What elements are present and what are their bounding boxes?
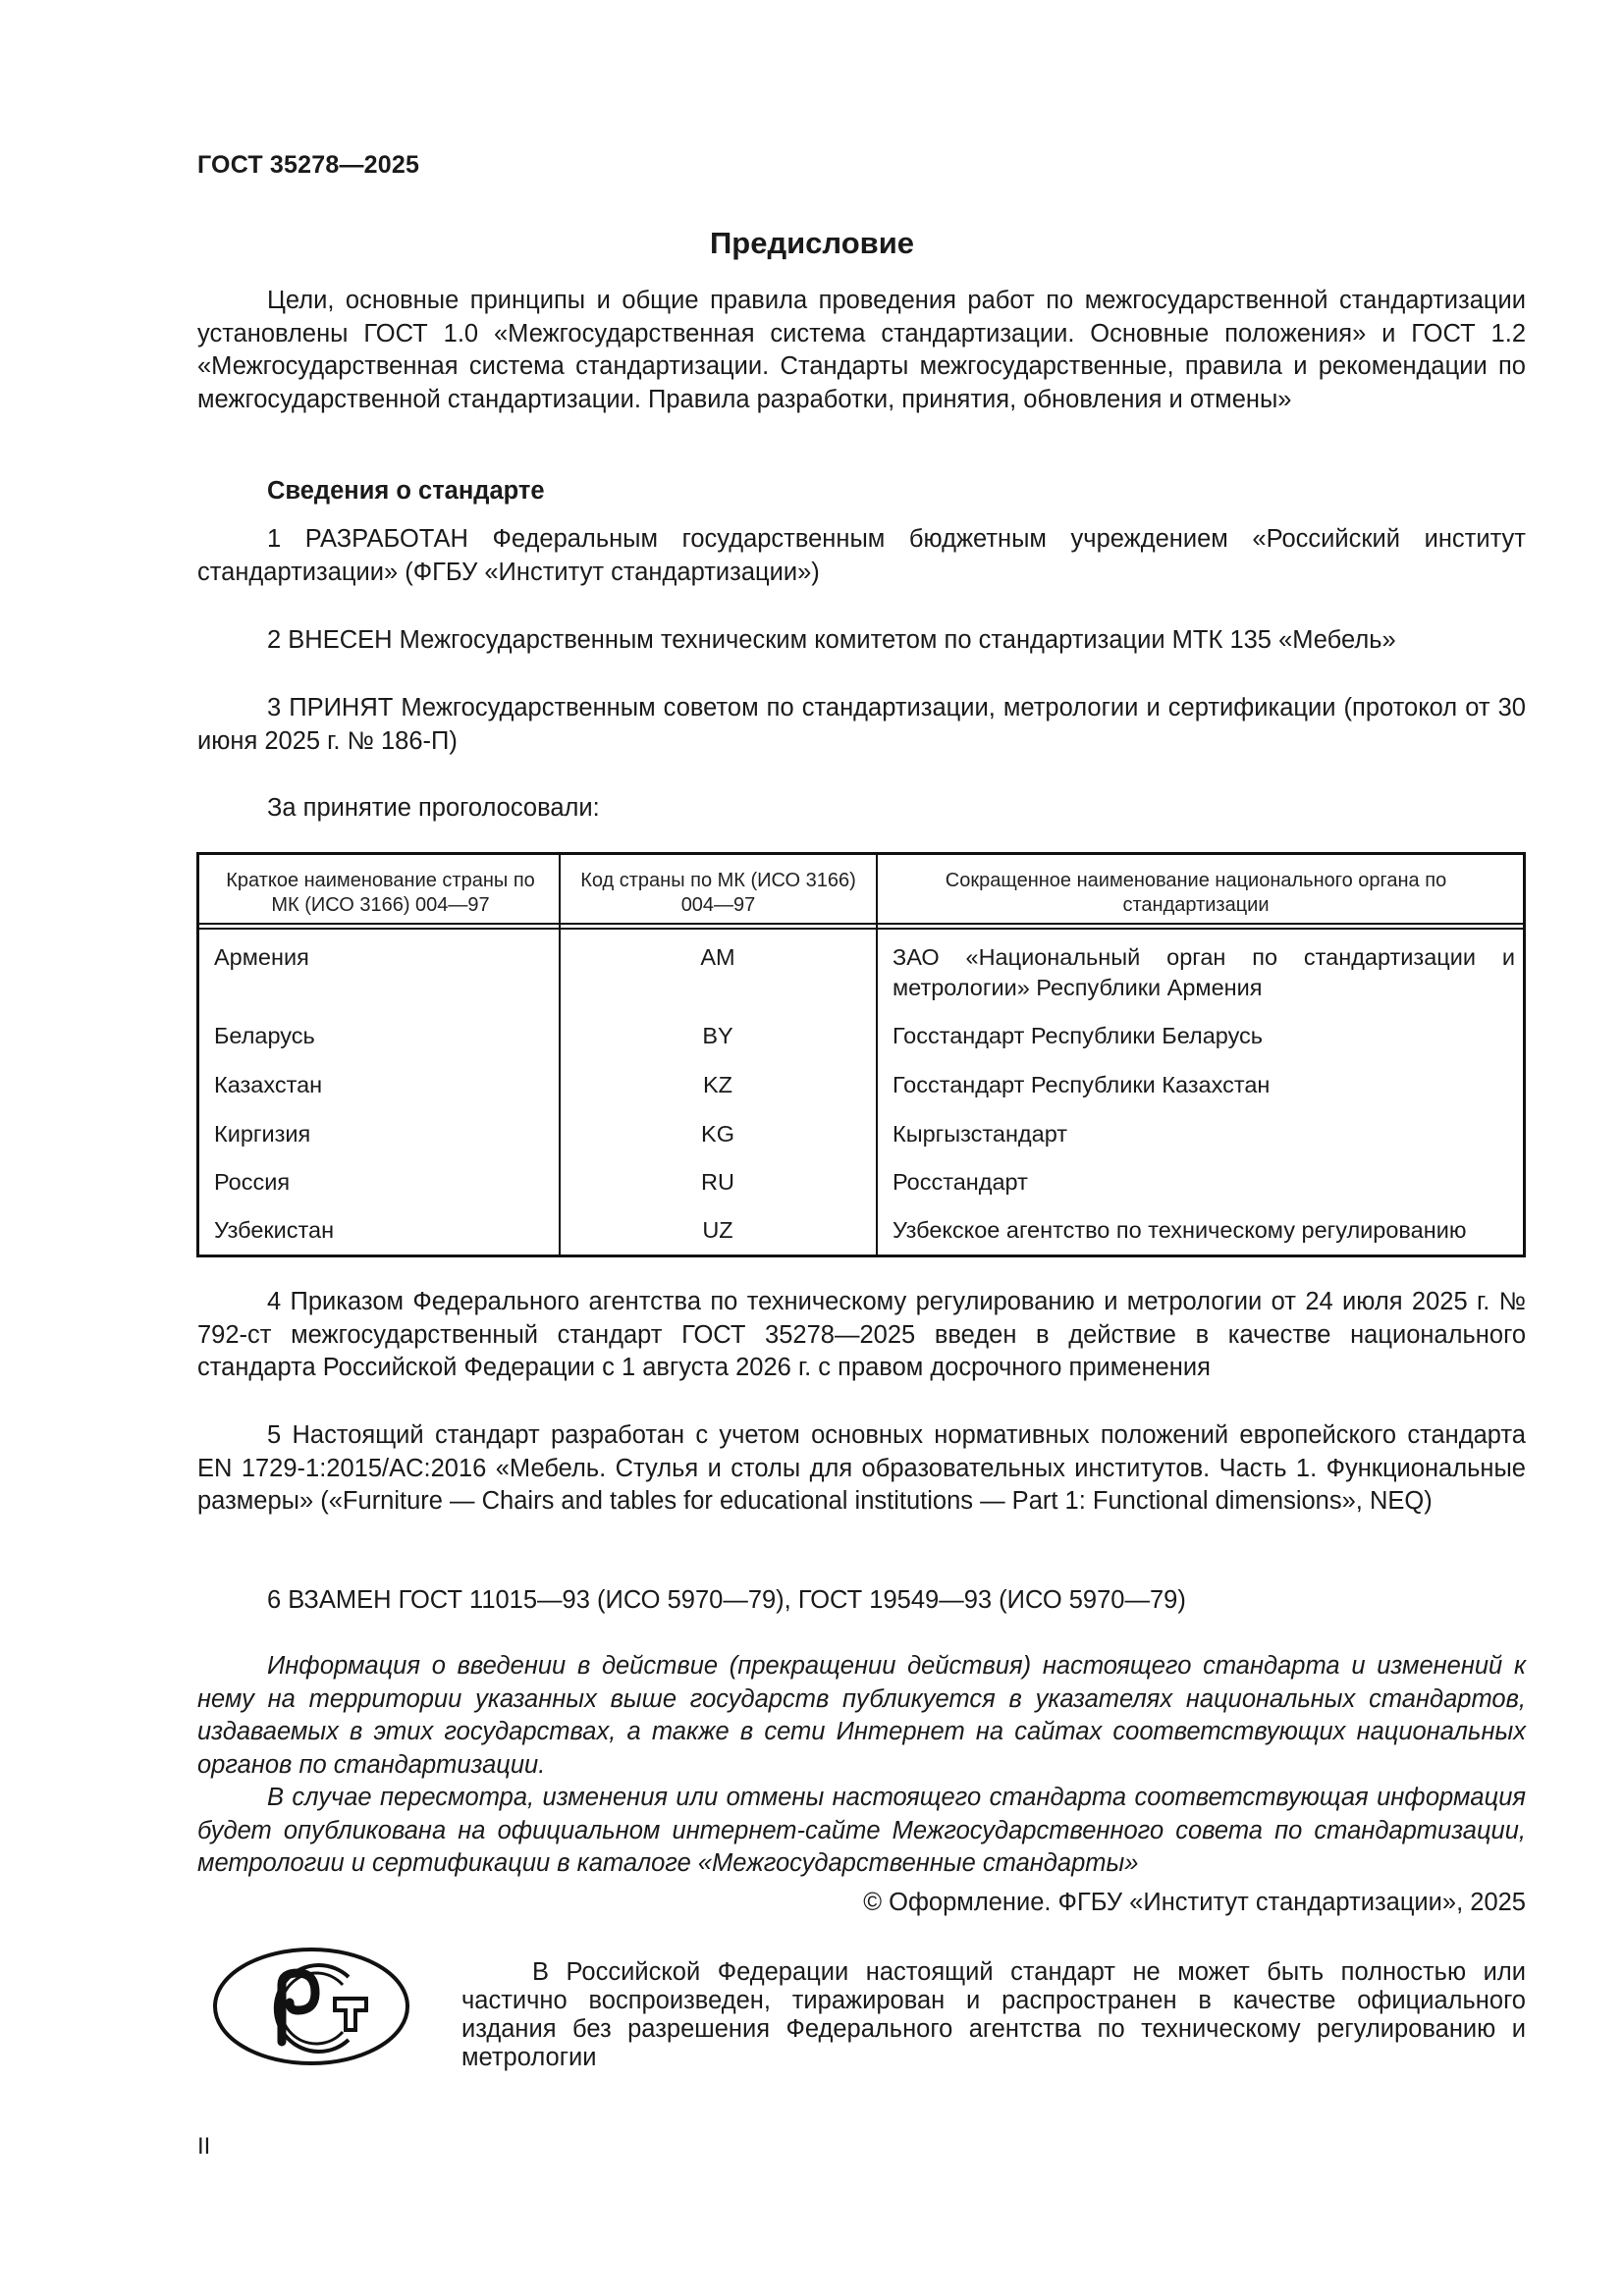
column-divider bbox=[876, 855, 878, 1255]
header-code: Код страны по МК (ИСО 3166) 004—97 bbox=[568, 869, 868, 918]
cell-code: KG bbox=[561, 1119, 875, 1149]
cell-body: Госстандарт Республики Казахстан bbox=[893, 1070, 1515, 1100]
cell-code: RU bbox=[561, 1167, 875, 1198]
cell-body: Узбекское агентство по техническому регу… bbox=[893, 1215, 1515, 1246]
rst-conformity-mark-icon bbox=[211, 1946, 412, 2068]
header-rule bbox=[199, 923, 1523, 925]
cell-code: UZ bbox=[561, 1215, 875, 1246]
voting-table: Краткое наименование страны по МК (ИСО 3… bbox=[196, 852, 1526, 1257]
item-submitted: 2 ВНЕСЕН Межгосударственным техническим … bbox=[197, 624, 1526, 658]
page-title: Предисловие bbox=[0, 226, 1624, 261]
rights-notice: В Российской Федерации настоящий стандар… bbox=[461, 1958, 1526, 2072]
section-heading: Сведения о стандарте bbox=[267, 477, 545, 506]
cell-code: KZ bbox=[561, 1070, 875, 1100]
item-developed: 1 РАЗРАБОТАН Федеральным государственным… bbox=[197, 523, 1526, 589]
cell-body: Госстандарт Республики Беларусь bbox=[893, 1021, 1515, 1051]
cell-country: Россия bbox=[214, 1167, 290, 1198]
cell-country: Казахстан bbox=[214, 1070, 322, 1100]
item-adopted: 3 ПРИНЯТ Межгосударственным советом по с… bbox=[197, 692, 1526, 758]
cell-code: AM bbox=[561, 942, 875, 973]
item-enacted: 4 Приказом Федерального агентства по тех… bbox=[197, 1286, 1526, 1385]
header-country: Краткое наименование страны по МК (ИСО 3… bbox=[211, 869, 550, 918]
cell-body: Кыргызстандарт bbox=[893, 1119, 1515, 1149]
cell-country: Армения bbox=[214, 942, 309, 973]
item-based-on: 5 Настоящий стандарт разработан с учетом… bbox=[197, 1419, 1526, 1519]
item-replaces: 6 ВЗАМЕН ГОСТ 11015—93 (ИСО 5970—79), ГО… bbox=[197, 1584, 1526, 1618]
header-body: Сокращенное наименование национального о… bbox=[901, 869, 1490, 918]
cell-body: ЗАО «Национальный орган по стандартизаци… bbox=[893, 942, 1515, 1003]
document-id: ГОСТ 35278—2025 bbox=[197, 151, 419, 180]
vote-intro: За принятие проголосовали: bbox=[197, 792, 1526, 826]
intro-paragraph: Цели, основные принципы и общие правила … bbox=[197, 285, 1526, 416]
cell-country: Узбекистан bbox=[214, 1215, 334, 1246]
cell-country: Беларусь bbox=[214, 1021, 315, 1051]
cell-code: BY bbox=[561, 1021, 875, 1051]
header-rule bbox=[199, 928, 1523, 930]
cell-body: Росстандарт bbox=[893, 1167, 1515, 1198]
cell-country: Киргизия bbox=[214, 1119, 310, 1149]
notice-info: Информация о введении в действие (прекра… bbox=[197, 1650, 1526, 1782]
page-number: II bbox=[197, 2133, 210, 2161]
copyright: © Оформление. ФГБУ «Институт стандартиза… bbox=[863, 1889, 1526, 1917]
notice-revision: В случае пересмотра, изменения или отмен… bbox=[197, 1782, 1526, 1881]
